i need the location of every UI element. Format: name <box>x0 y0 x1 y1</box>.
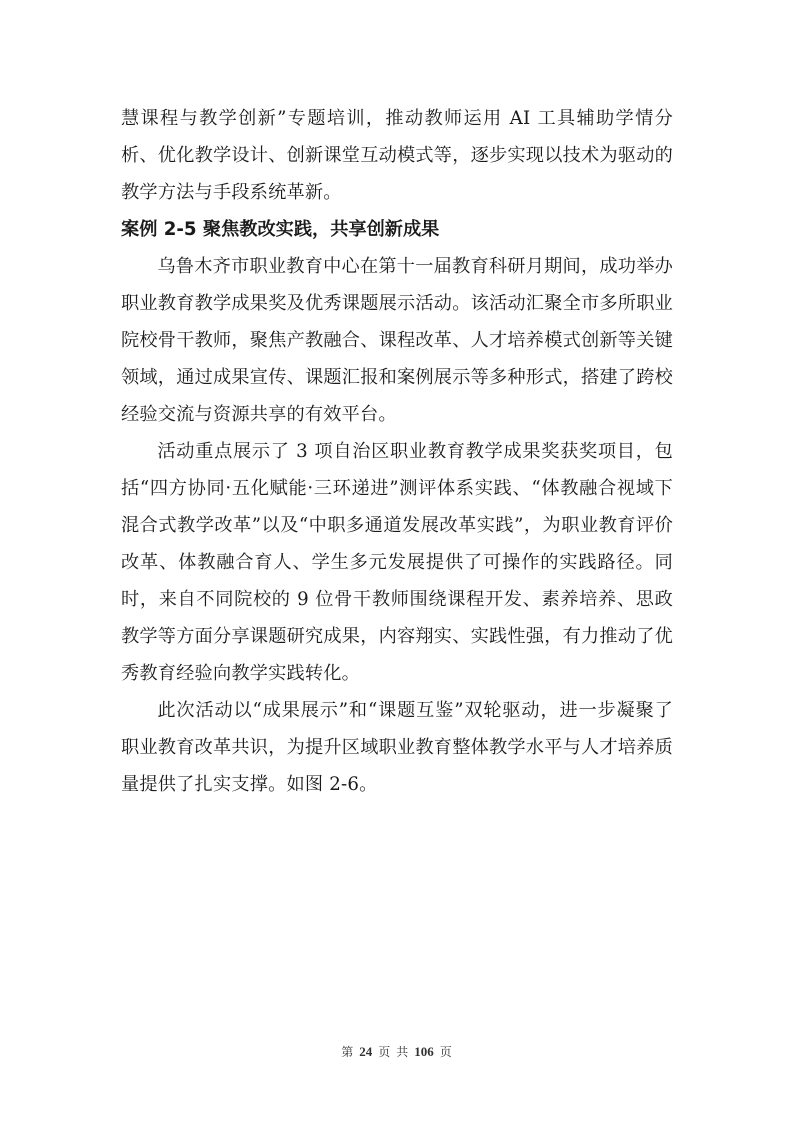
paragraph-continuation: 慧课程与教学创新”专题培训，推动教师运用 AI 工具辅助学情分析、优化教学设计、… <box>121 100 673 211</box>
footer-prefix: 第 <box>341 1045 353 1059</box>
case-heading: 案例 2-5 聚焦教改实践，共享创新成果 <box>121 211 673 248</box>
document-body: 慧课程与教学创新”专题培训，推动教师运用 AI 工具辅助学情分析、优化教学设计、… <box>121 100 673 803</box>
footer-suffix: 页 <box>440 1045 452 1059</box>
footer-page-word: 页 <box>378 1045 390 1059</box>
paragraph-intro: 乌鲁木齐市职业教育中心在第十一届教育科研月期间，成功举办职业教育教学成果奖及优秀… <box>121 248 673 433</box>
footer-total-word: 共 <box>396 1045 408 1059</box>
paragraph-conclusion: 此次活动以“成果展示”和“课题互鉴”双轮驱动，进一步凝聚了职业教育改革共识，为提… <box>121 692 673 803</box>
page-footer: 第24页共106页 <box>0 1043 793 1060</box>
total-pages-number: 106 <box>414 1044 434 1059</box>
current-page-number: 24 <box>359 1044 372 1059</box>
paragraph-highlights: 活动重点展示了 3 项自治区职业教育教学成果奖获奖项目，包括“四方协同·五化赋能… <box>121 433 673 692</box>
